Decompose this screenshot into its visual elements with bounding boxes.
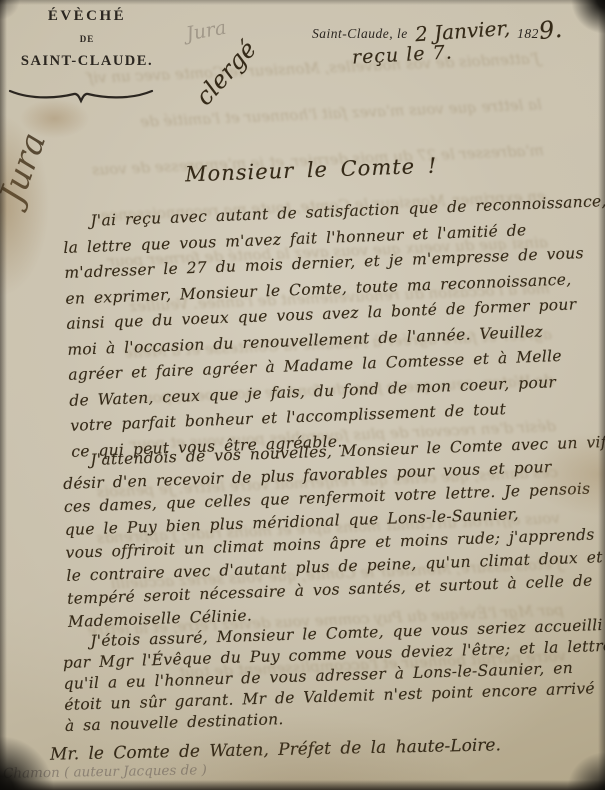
annotation-pencil-chamon: Chamon ( auteur Jacques de ) <box>3 762 207 782</box>
dateline-printed-year: 182 <box>517 26 539 41</box>
letterhead-line-2: DE <box>16 34 158 44</box>
address-line: Mr. le Comte de Waten, Préfet de la haut… <box>50 735 501 764</box>
dateline-hand-year-digit: 9. <box>537 15 563 45</box>
dateline-printed-place: Saint-Claude, le <box>312 26 408 41</box>
paragraph-3: J'étois assuré, Monsieur le Comte, que v… <box>62 616 585 737</box>
received-note: reçu le 7. <box>351 41 453 68</box>
letterhead-line-3: SAINT-CLAUDE. <box>16 53 158 70</box>
paragraph-1: J'ai reçu avec autant de satisfaction qu… <box>62 190 591 465</box>
letterhead: ÉVÈCHÉ DE SAINT-CLAUDE. <box>16 8 158 70</box>
annotation-pencil-jura: Jura <box>184 17 227 46</box>
letter-scan-page: J'attendois de vos nouvelles, Monsieur l… <box>0 0 605 790</box>
letterhead-flourish <box>6 84 156 106</box>
salutation: Monsieur le Comte ! <box>185 154 438 187</box>
dateline: Saint-Claude, le 2 Janvier, 1829. <box>312 16 562 44</box>
letterhead-line-1: ÉVÈCHÉ <box>16 8 158 25</box>
annotation-ink-clerge: clergé <box>190 35 262 110</box>
annotation-margin-jura: Jura <box>0 127 54 208</box>
paragraph-2: J'attendois de vos nouvelles, Monsieur l… <box>62 432 588 634</box>
